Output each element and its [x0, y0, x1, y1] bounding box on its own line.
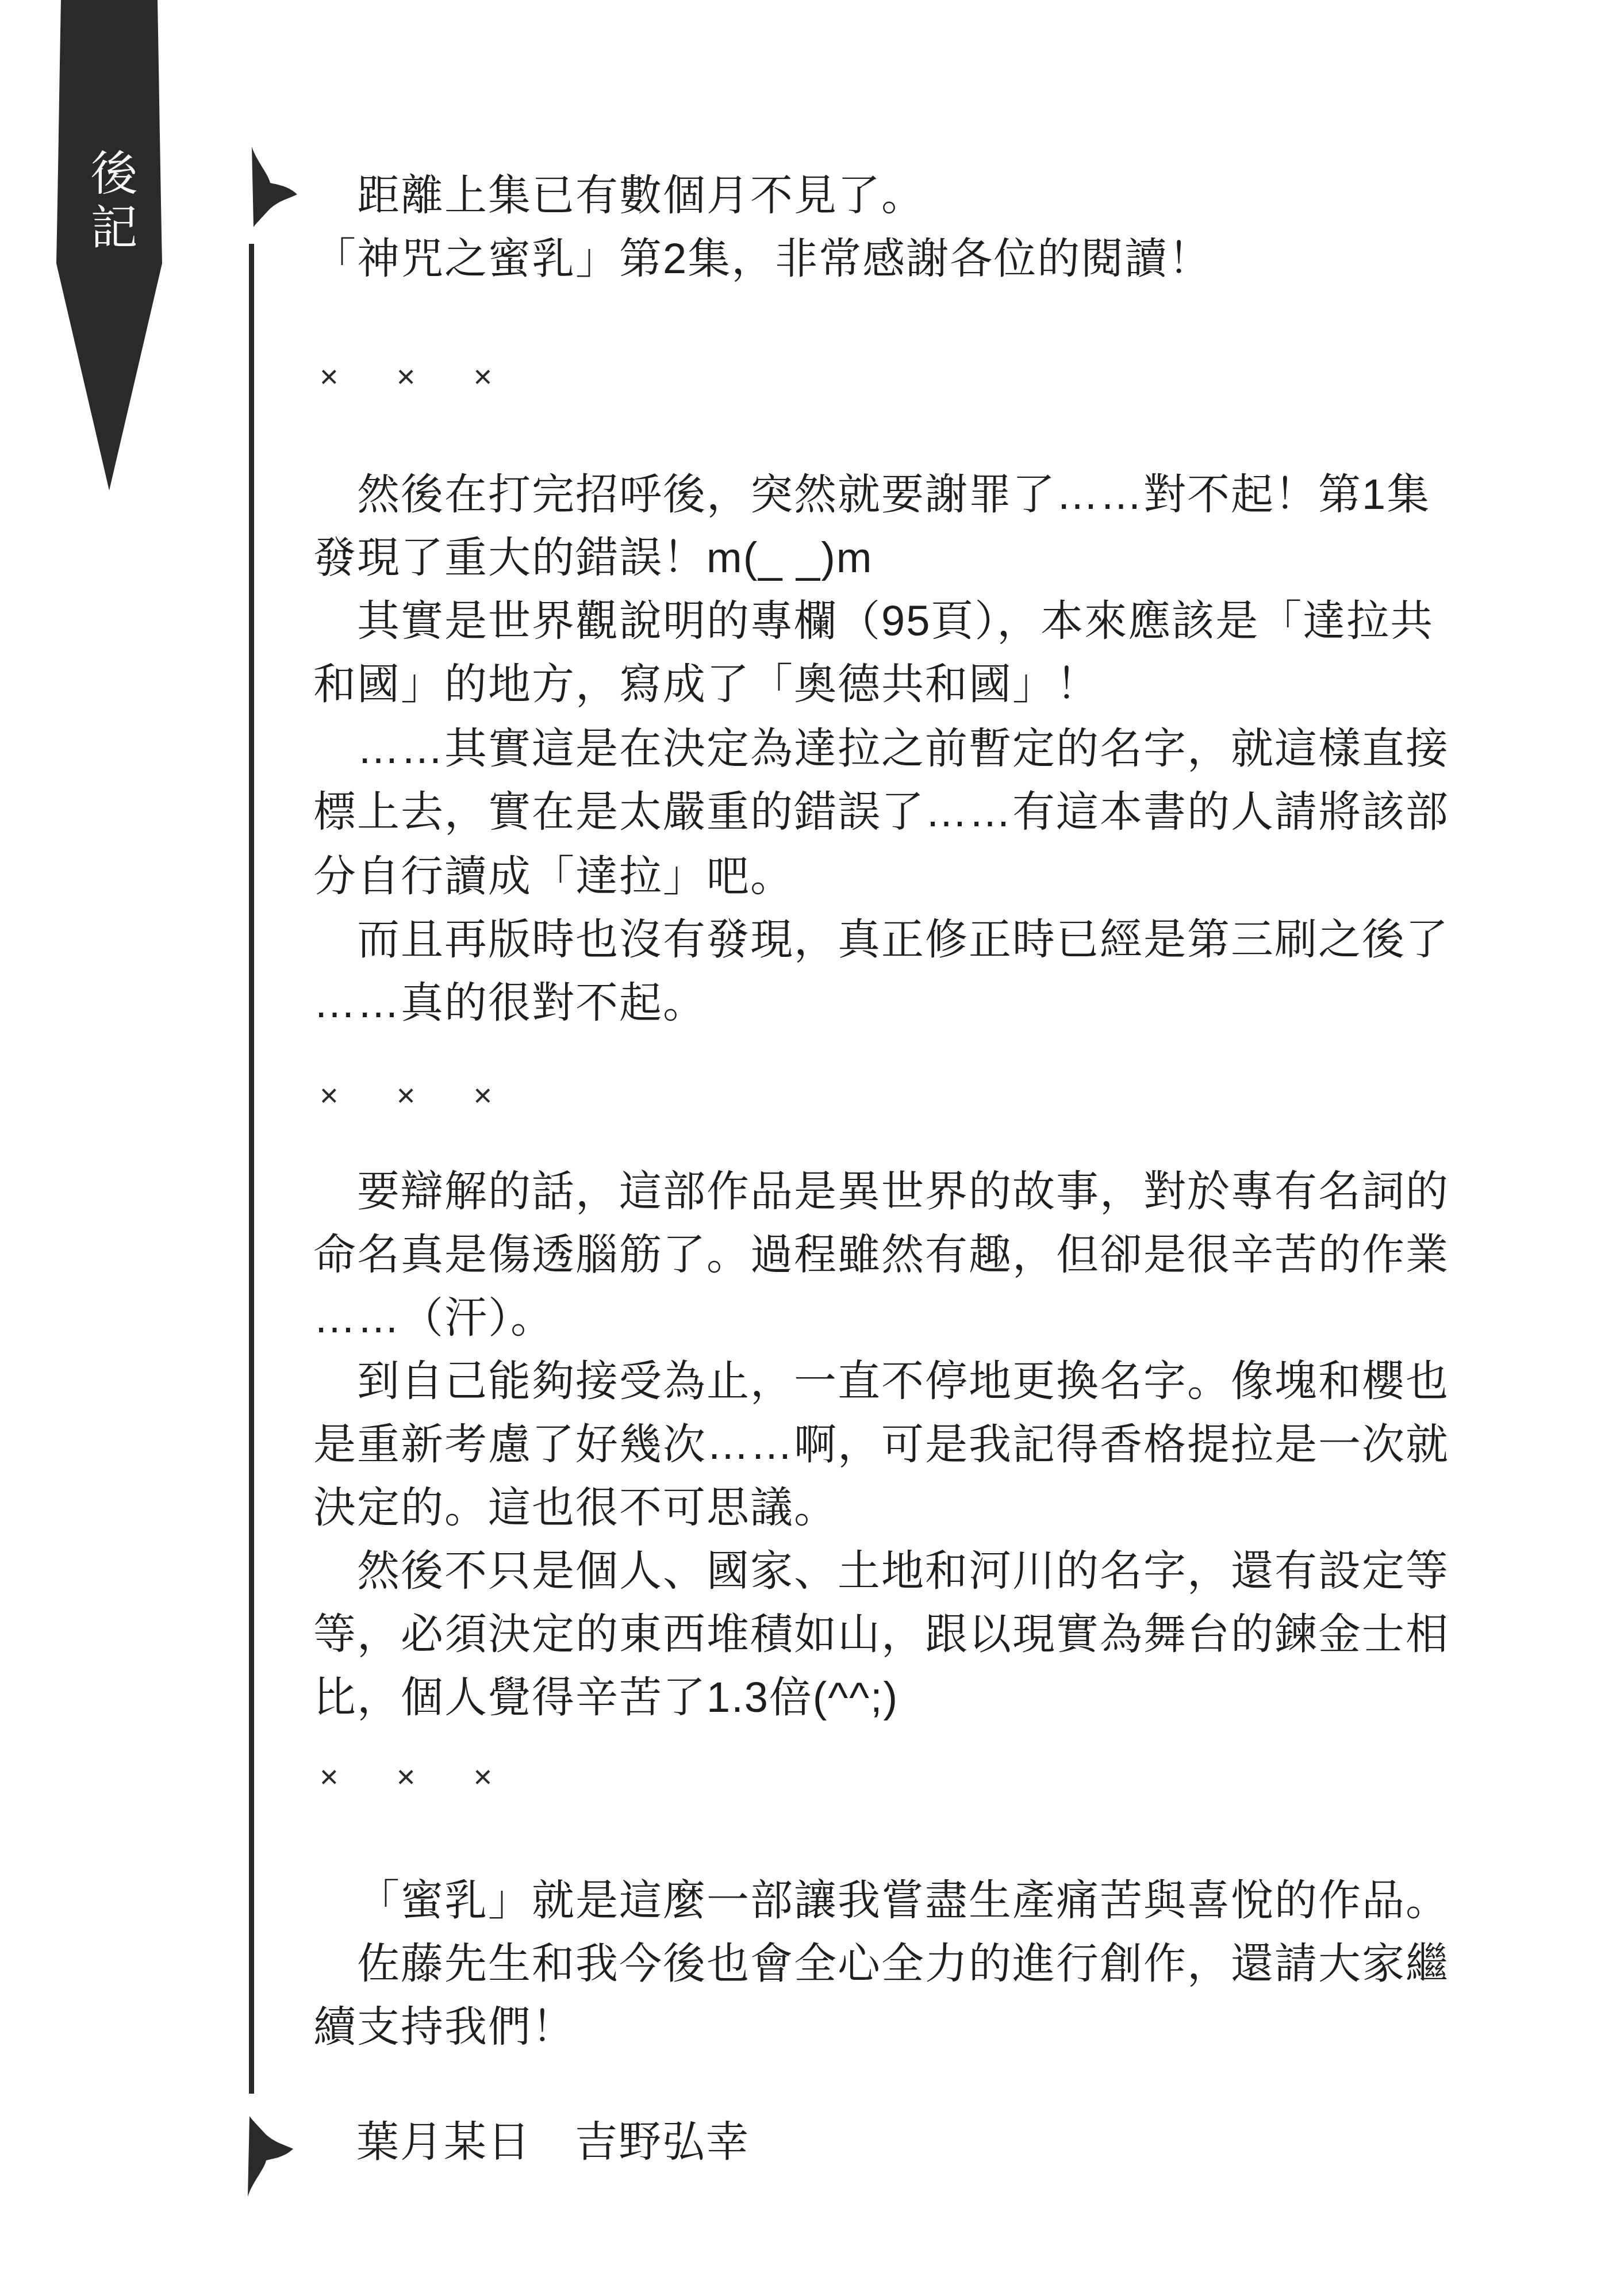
x-mark: × — [320, 361, 339, 393]
text-line: 命名真是傷透腦筋了。過程雖然有趣，但卻是很辛苦的作業 — [313, 1233, 1449, 1276]
text-line: 發現了重大的錯誤！m(_ _)m — [313, 536, 873, 579]
x-mark: × — [473, 1761, 492, 1793]
text-line: 佐藤先生和我今後也會全心全力的進行創作，還請大家繼 — [357, 1942, 1449, 1985]
text-line: 到自己能夠接受為止，一直不停地更換名字。像塊和櫻也 — [357, 1360, 1449, 1402]
text-line: 等，必須決定的東西堆積如山，跟以現實為舞台的鍊金士相 — [313, 1613, 1449, 1655]
x-mark: × — [473, 1079, 492, 1112]
signature: 葉月某日 吉野弘幸 — [356, 2121, 750, 2163]
x-mark: × — [320, 1761, 339, 1793]
text-line: 續支持我們！ — [313, 2006, 575, 2048]
text-line: 決定的。這也很不可思議。 — [313, 1486, 838, 1529]
afterword-page: 後記 距離上集已有數個月不見了。「神咒之蜜乳」第2集，非常感謝各位的閱讀！×××… — [0, 0, 1624, 2284]
text-line: 是重新考慮了好幾次……啊，可是我記得香格提拉是一次就 — [313, 1423, 1449, 1466]
text-line: 比，個人覺得辛苦了1.3倍(^^;) — [313, 1676, 899, 1719]
text-line: 標上去，實在是太嚴重的錯誤了……有這本書的人請將該部 — [313, 791, 1449, 833]
text-line: 而且再版時也沒有發現，真正修正時已經是第三刷之後了 — [357, 918, 1449, 961]
text-line: 「神咒之蜜乳」第2集，非常感謝各位的閱讀！ — [313, 237, 1212, 280]
text-line: 其實是世界觀說明的專欄（95頁），本來應該是「達拉共 — [357, 600, 1434, 642]
section-separator: ××× — [320, 1761, 492, 1793]
text-line: 分自行讀成「達拉」吧。 — [313, 855, 794, 898]
x-mark: × — [397, 1761, 416, 1793]
section-separator: ××× — [320, 361, 492, 393]
text-line: 然後不只是個人、國家、土地和河川的名字，還有設定等 — [357, 1550, 1449, 1592]
text-line: 距離上集已有數個月不見了。 — [357, 174, 925, 217]
vertical-rule — [249, 244, 254, 2094]
text-line: ……真的很對不起。 — [313, 982, 707, 1024]
text-line: ……其實這是在決定為達拉之前暫定的名字，就這樣直接 — [357, 727, 1449, 770]
text-line: 和國」的地方，寫成了「奧德共和國」！ — [313, 663, 1100, 706]
x-mark: × — [473, 361, 492, 393]
x-mark: × — [320, 1079, 339, 1112]
flag-top-icon — [244, 143, 302, 232]
text-line: 要辯解的話，這部作品是異世界的故事，對於專有名詞的 — [357, 1170, 1449, 1213]
flag-bottom-icon — [240, 2111, 298, 2201]
page-title: 後記 — [86, 148, 133, 256]
x-mark: × — [397, 1079, 416, 1112]
x-mark: × — [397, 361, 416, 393]
text-line: ……（汗）。 — [313, 1297, 554, 1339]
text-line: 「蜜乳」就是這麼一部讓我嘗盡生產痛苦與喜悅的作品。 — [357, 1879, 1449, 1922]
text-line: 然後在打完招呼後，突然就要謝罪了……對不起！第1集 — [357, 473, 1430, 516]
section-separator: ××× — [320, 1079, 492, 1112]
